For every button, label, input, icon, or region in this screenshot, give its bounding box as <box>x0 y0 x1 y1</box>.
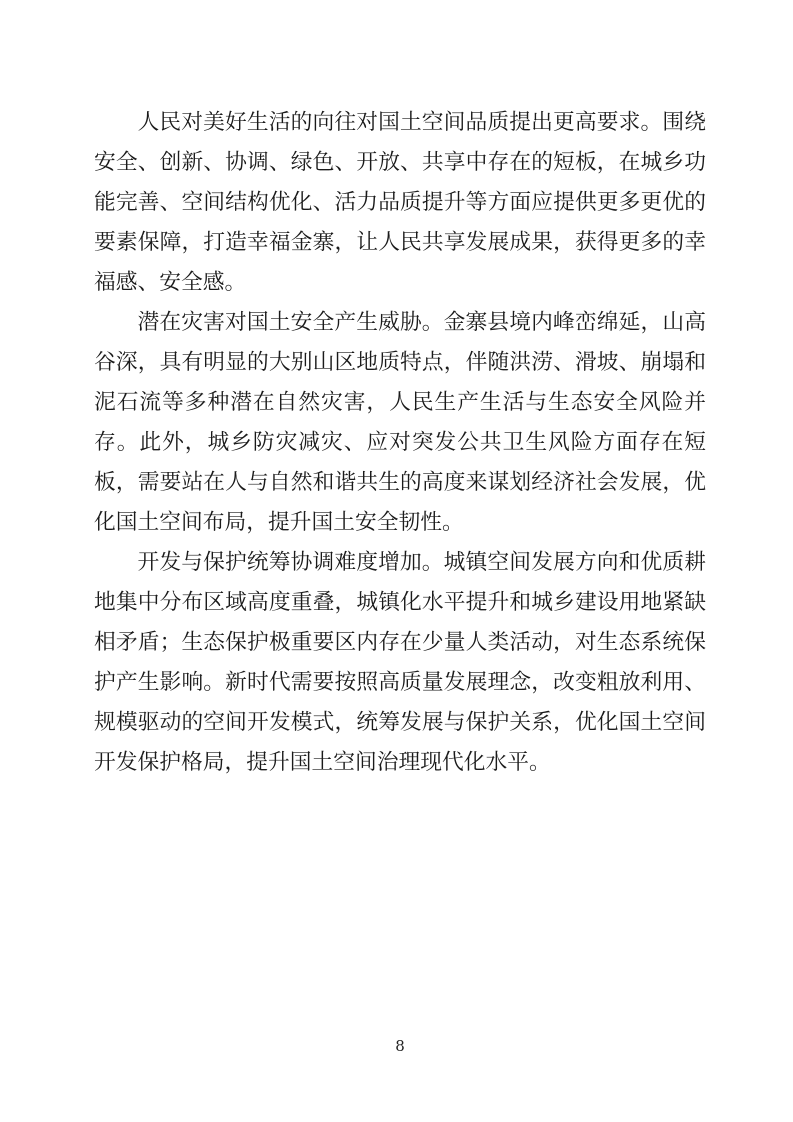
page-number: 8 <box>94 1036 706 1056</box>
body-text: 人民对美好生活的向往对国土空间品质提出更高要求。围绕安全、创新、协调、绿色、开放… <box>94 103 706 783</box>
paragraph-1: 人民对美好生活的向往对国土空间品质提出更高要求。围绕安全、创新、协调、绿色、开放… <box>94 103 706 303</box>
paragraph-2: 潜在灾害对国土安全产生威胁。金寨县境内峰峦绵延，山高谷深，具有明显的大别山区地质… <box>94 303 706 543</box>
document-page: 人民对美好生活的向往对国土空间品质提出更高要求。围绕安全、创新、协调、绿色、开放… <box>0 0 793 1122</box>
paragraph-3: 开发与保护统筹协调难度增加。城镇空间发展方向和优质耕地集中分布区域高度重叠，城镇… <box>94 543 706 783</box>
